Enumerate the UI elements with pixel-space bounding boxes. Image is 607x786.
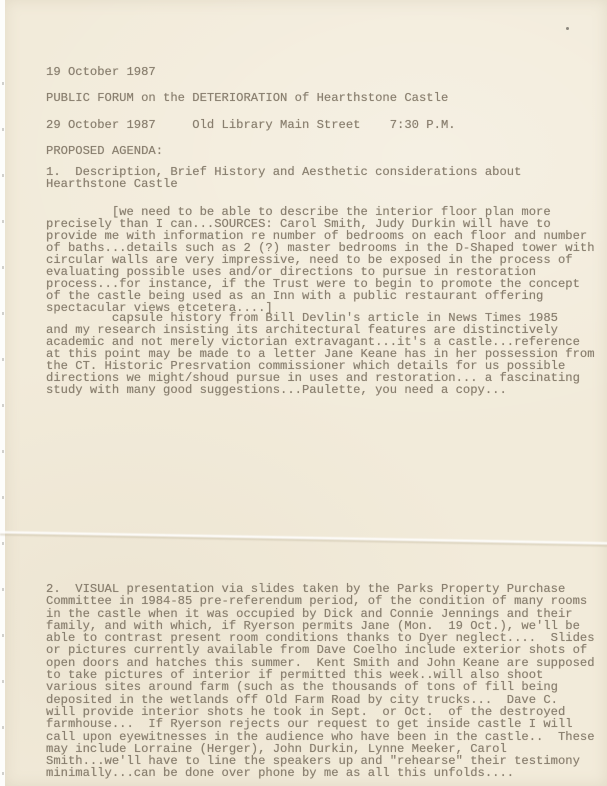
- agenda-item-2-paragraph: 2. VISUAL presentation via slides taken …: [46, 583, 606, 780]
- document-title: PUBLIC FORUM on the DETERIORATION of Hea…: [46, 92, 448, 104]
- agenda-item-1-history-paragraph: capsule history from Bill Devlin's artic…: [46, 312, 606, 396]
- agenda-label: PROPOSED AGENDA:: [46, 145, 163, 157]
- memo-date: 19 October 1987: [46, 66, 156, 78]
- event-date-location-time: 29 October 1987 Old Library Main Street …: [46, 119, 456, 131]
- agenda-item-1-heading: 1. Description, Brief History and Aesthe…: [46, 166, 602, 191]
- scanned-typewritten-page: { "page": { "paper_color": "#f2ebda", "i…: [0, 0, 607, 786]
- left-edge-perforation-marks: [2, 60, 4, 776]
- scan-speck: [566, 27, 569, 30]
- agenda-item-1-intro-paragraph: [we need to be able to describe the inte…: [46, 206, 606, 314]
